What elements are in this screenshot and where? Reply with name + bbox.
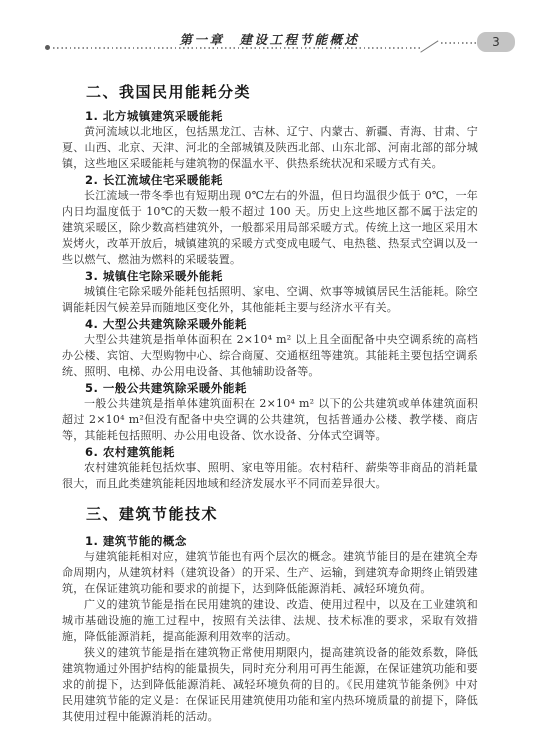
header-dotted-rule-short	[441, 42, 477, 44]
section-heading: 二、我国民用能耗分类	[62, 83, 478, 102]
body-paragraph: 一般公共建筑是指单体建筑面积在 2×10⁴ m² 以下的公共建筑或单体建筑面积超…	[62, 396, 478, 444]
page-header: 第一章 建设工程节能概述 3	[0, 0, 539, 60]
body-paragraph: 农村建筑能耗包括炊事、照明、家电等用能。农村秸秆、薪柴等非商品的消耗量很大，而且…	[62, 460, 478, 492]
header-dotted-rule	[53, 47, 420, 49]
body-paragraph: 黄河流域以北地区，包括黑龙江、吉林、辽宁、内蒙古、新疆、青海、甘肃、宁夏、山西、…	[62, 124, 478, 172]
subsection-heading: 1. 北方城镇建筑采暖能耗	[62, 108, 478, 124]
section-heading: 三、建筑节能技术	[62, 505, 478, 524]
subsection-heading: 1. 建筑节能的概念	[62, 533, 478, 549]
body-paragraph: 大型公共建筑是指单体面积在 2×10⁴ m² 以上且全面配备中央空调系统的高档办…	[62, 332, 478, 380]
body-paragraph: 城镇住宅除采暖外能耗包括照明、家电、空调、炊事等城镇居民生活能耗。除空调能耗因气…	[62, 284, 478, 316]
page-body: 二、我国民用能耗分类 1. 北方城镇建筑采暖能耗 黄河流域以北地区，包括黑龙江、…	[62, 83, 478, 725]
page-number-badge: 3	[477, 32, 515, 52]
body-paragraph: 广义的建筑节能是指在民用建筑的建设、改造、使用过程中，以及在工业建筑和城市基础设…	[62, 597, 478, 645]
body-paragraph: 与建筑能耗相对应，建筑节能也有两个层次的概念。建筑节能目的是在建筑全寿命周期内，…	[62, 549, 478, 597]
subsection-heading: 5. 一般公共建筑除采暖外能耗	[62, 380, 478, 396]
subsection-heading: 2. 长江流域住宅采暖能耗	[62, 172, 478, 188]
chapter-title: 第一章 建设工程节能概述	[0, 30, 539, 48]
subsection-heading: 6. 农村建筑能耗	[62, 444, 478, 460]
subsection-heading: 3. 城镇住宅除采暖外能耗	[62, 268, 478, 284]
book-page: 第一章 建设工程节能概述 3 二、我国民用能耗分类 1. 北方城镇建筑采暖能耗 …	[0, 0, 539, 750]
subsection-heading: 4. 大型公共建筑除采暖外能耗	[62, 316, 478, 332]
header-dot	[45, 45, 50, 50]
body-paragraph: 狭义的建筑节能是指在建筑物正常使用期限内，提高建筑设备的能效系数，降低建筑物通过…	[62, 645, 478, 725]
body-paragraph: 长江流域一带冬季也有短期出现 0℃左右的外温，但日均温很少低于 0℃，一年内日均…	[62, 188, 478, 268]
